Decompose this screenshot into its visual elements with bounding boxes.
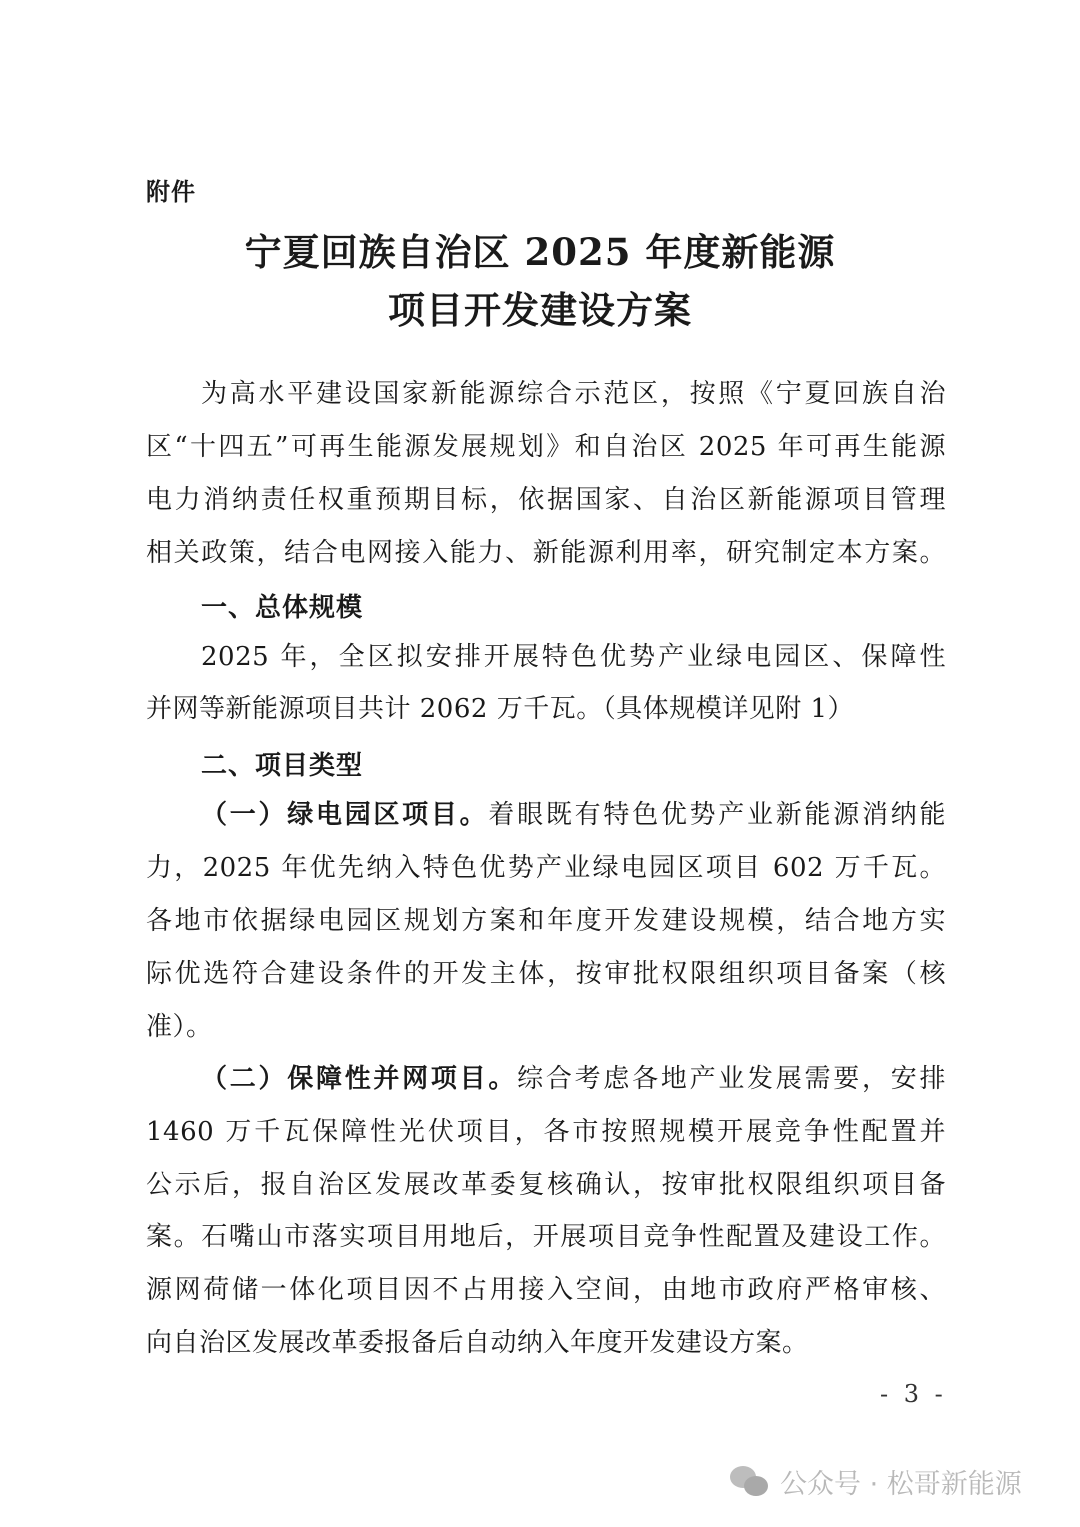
intro-line: 电力消纳责任权重预期目标，依据国家、自治区新能源项目管理 (146, 483, 946, 517)
watermark: 公众号 · 松哥新能源 (730, 1462, 1022, 1501)
sub1-first-line: （一）绿电园区项目。着眼既有特色优势产业新能源消纳能 (201, 798, 946, 832)
sub2-line: 公示后，报自治区发展改革委复核确认，按审批权限组织项目备 (146, 1168, 946, 1202)
section-heading-project-types: 二、项目类型 (201, 745, 363, 782)
intro-line: 为高水平建设国家新能源综合示范区，按照《宁夏回族自治 (201, 377, 946, 411)
section1-line: 并网等新能源项目共计 2062 万千瓦。（具体规模详见附 1） (146, 692, 946, 726)
sub2-line: 源网荷储一体化项目因不占用接入空间，由地市政府严格审核、 (146, 1273, 946, 1307)
sub1-lead: （一）绿电园区项目。 (201, 800, 488, 830)
document-title-line-2: 项目开发建设方案 (0, 280, 1080, 334)
sub1-line: 各地市依据绿电园区规划方案和年度开发建设规模，结合地方实 (146, 904, 946, 938)
sub2-first-line-text: 综合考虑各地产业发展需要，安排 (517, 1064, 946, 1094)
document-page: 附件 宁夏回族自治区 2025 年度新能源 项目开发建设方案 为高水平建设国家新… (0, 0, 1080, 1527)
sub1-first-line-text: 着眼既有特色优势产业新能源消纳能 (488, 800, 946, 830)
watermark-text: 公众号 · 松哥新能源 (780, 1462, 1022, 1501)
sub2-line: 1460 万千瓦保障性光伏项目，各市按照规模开展竞争性配置并 (146, 1115, 946, 1149)
sub2-first-line: （二）保障性并网项目。综合考虑各地产业发展需要，安排 (201, 1062, 946, 1096)
intro-line: 区“十四五”可再生能源发展规划》和自治区 2025 年可再生能源 (146, 430, 946, 464)
attachment-label: 附件 (146, 172, 196, 207)
wechat-icon (730, 1466, 770, 1498)
sub1-line: 力，2025 年优先纳入特色优势产业绿电园区项目 602 万千瓦。 (146, 851, 946, 885)
section-heading-overall-scale: 一、总体规模 (201, 587, 363, 624)
document-title-line-1: 宁夏回族自治区 2025 年度新能源 (0, 222, 1080, 276)
sub2-line: 向自治区发展改革委报备后自动纳入年度开发建设方案。 (146, 1326, 946, 1360)
section1-line: 2025 年，全区拟安排开展特色优势产业绿电园区、保障性 (201, 640, 946, 674)
sub2-lead: （二）保障性并网项目。 (201, 1064, 517, 1094)
sub1-line: 准）。 (146, 1010, 946, 1044)
sub2-line: 案。石嘴山市落实项目用地后，开展项目竞争性配置及建设工作。 (146, 1220, 946, 1254)
sub1-line: 际优选符合建设条件的开发主体，按审批权限组织项目备案（核 (146, 957, 946, 991)
intro-line: 相关政策，结合电网接入能力、新能源利用率，研究制定本方案。 (146, 536, 946, 570)
page-number: - 3 - (880, 1380, 947, 1408)
